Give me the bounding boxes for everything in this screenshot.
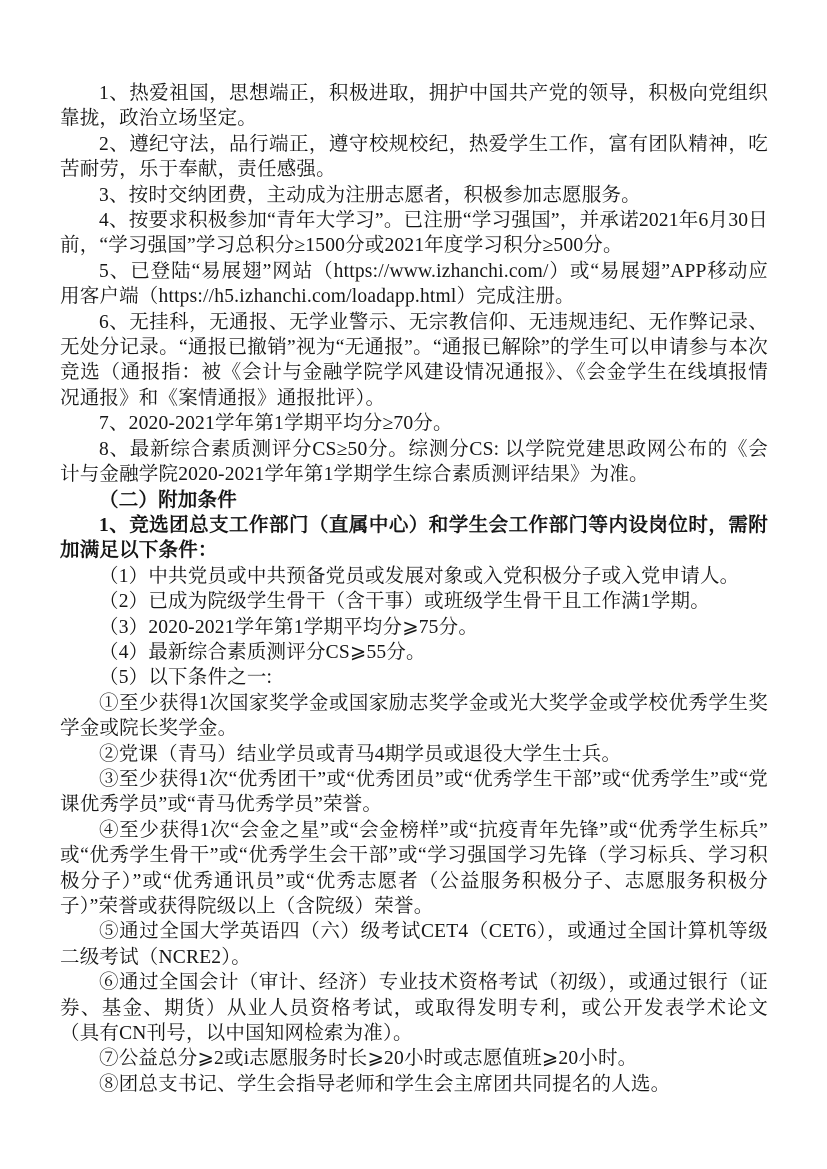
paragraph: 8、最新综合素质测评分CS≥50分。综测分CS: 以学院党建思政网公布的《会计与… [60,437,768,488]
paragraph: （1）中共党员或中共预备党员或发展对象或入党积极分子或入党申请人。 [60,564,768,589]
paragraph: 2、遵纪守法，品行端正，遵守校规校纪，热爱学生工作，富有团队精神，吃苦耐劳，乐于… [60,132,768,183]
paragraph: ⑦公益总分⩾2或i志愿服务时长⩾20小时或志愿值班⩾20小时。 [60,1046,768,1071]
paragraph: （2）已成为院级学生骨干（含干事）或班级学生骨干且工作满1学期。 [60,589,768,614]
paragraph: 3、按时交纳团费，主动成为注册志愿者，积极参加志愿服务。 [60,183,768,208]
paragraph: （4）最新综合素质测评分CS⩾55分。 [60,640,768,665]
document-page: 1、热爱祖国，思想端正，积极进取，拥护中国共产党的领导，积极向党组织靠拢，政治立… [0,0,827,1169]
paragraph: 6、无挂科，无通报、无学业警示、无宗教信仰、无违规违纪、无作弊记录、无处分记录。… [60,310,768,412]
paragraph: ②党课（青马）结业学员或青马4期学员或退役大学生士兵。 [60,742,768,767]
paragraph: ⑤通过全国大学英语四（六）级考试CET4（CET6），或通过全国计算机等级二级考… [60,919,768,970]
paragraph: 5、已登陆“易展翅”网站（https://www.izhanchi.com/）或… [60,259,768,310]
paragraph: 1、热爱祖国，思想端正，积极进取，拥护中国共产党的领导，积极向党组织靠拢，政治立… [60,81,768,132]
paragraph: ③至少获得1次“优秀团干”或“优秀团员”或“优秀学生干部”或“优秀学生”或“党课… [60,767,768,818]
paragraph: ①至少获得1次国家奖学金或国家励志奖学金或光大奖学金或学校优秀学生奖学金或院长奖… [60,691,768,742]
paragraph: （二）附加条件 [60,488,768,513]
paragraph: （5）以下条件之一: [60,665,768,690]
paragraph: ⑧团总支书记、学生会指导老师和学生会主席团共同提名的人选。 [60,1072,768,1097]
paragraph: 4、按要求积极参加“青年大学习”。已注册“学习强国”，并承诺2021年6月30日… [60,208,768,259]
paragraph: 7、2020-2021学年第1学期平均分≥70分。 [60,411,768,436]
paragraph: （3）2020-2021学年第1学期平均分⩾75分。 [60,615,768,640]
document-body: 1、热爱祖国，思想端正，积极进取，拥护中国共产党的领导，积极向党组织靠拢，政治立… [60,81,768,1097]
paragraph: ④至少获得1次“会金之星”或“会金榜样”或“抗疫青年先锋”或“优秀学生标兵”或“… [60,818,768,920]
paragraph: 1、竞选团总支工作部门（直属中心）和学生会工作部门等内设岗位时，需附加满足以下条… [60,513,768,564]
paragraph: ⑥通过全国会计（审计、经济）专业技术资格考试（初级），或通过银行（证券、基金、期… [60,970,768,1046]
